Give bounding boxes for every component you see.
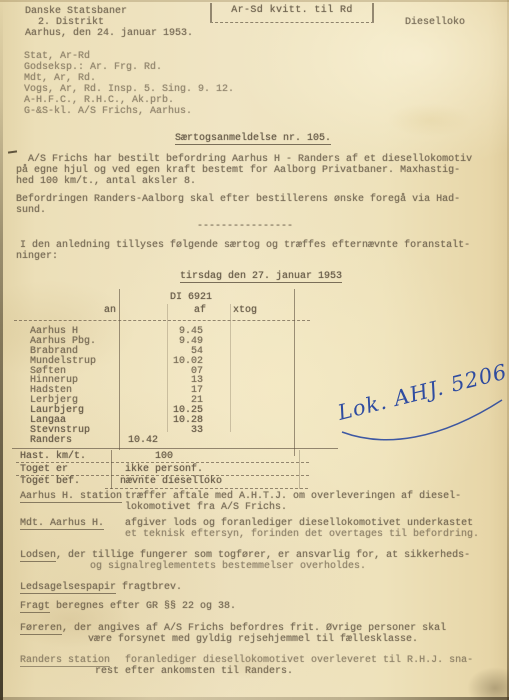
body-line: I den anledning tillyses følgende særtog… [20,241,470,251]
note-label: Aarhus H. station [20,491,122,503]
document-type-label: Dieselloko [405,18,465,28]
signature-text: Lok. AHJ. 5206 [334,360,508,425]
note-label: Lodsen [20,550,56,562]
table-footer-row: Hast. km/t.100 [0,452,350,462]
pencil-tick-mark [8,150,17,153]
body-line: på egne hjul og ved egen kraft bestemt f… [16,166,460,176]
recipient-line: Stat, Ar-Rd [24,52,90,62]
railway-name: Danske Statsbaner [25,7,127,17]
note-text: , der angives af A/S Frichs befordres fr… [62,623,446,634]
note-text: være forsynet med gyldig rejsehjemmel ti… [88,635,418,645]
note-label: Ledsagelsespapir [20,582,116,594]
note-text: fragtbrev. [116,582,182,593]
divider: ---------------- [197,222,293,232]
column-header-xtog: xtog [233,306,257,316]
train-date-heading: tirsdag den 27. januar 1953 [180,272,342,282]
receipt-stamp-text: Ar-Sd kvitt. til Rd [231,5,353,16]
note: Føreren, der angives af A/S Frichs befor… [20,624,446,634]
recipient-line: A-H.F.C., R.H.C., Ak.prb. [24,96,174,106]
note: Mdt. Aarhus H.afgiver lods og foranledig… [20,519,473,529]
column-header-an: an [104,306,116,316]
note: Lodsen, der tillige fungerer som togføre… [20,551,470,561]
note-text: lokomotivet fra A/S Frichs. [125,503,287,513]
receipt-stamp-box: Ar-Sd kvitt. til Rd [210,3,374,23]
scan-edge-left [0,0,3,700]
note-text: rest efter ankomsten til Randers. [95,667,293,677]
note-text: træffer aftale med A.H.T.J. om overlever… [125,491,461,502]
signature-handwritten: Lok. AHJ. 5206 [330,360,508,452]
recipient-line: Mdt, Ar, Rd. [24,74,96,84]
place-date-line: Aarhus, den 24. januar 1953. [25,29,193,39]
recipient-line: Godseksp.: Ar. Frg. Rd. [24,63,162,73]
note: Ledsagelsespapir fragtbrev. [20,583,182,593]
document-title: Særtogsanmeldelse nr. 105. [175,134,331,144]
note-text: foranlediger diesellokomotivet overlever… [125,655,473,666]
note-text: et teknisk eftersyn, forinden det overta… [125,530,479,540]
recipient-line: Vogs, Ar, Rd. Insp. 5. Sing. 9. 12. [24,85,234,95]
table-footer-row: Toget erikke personf. [0,465,350,475]
note-text: , der tillige fungerer som togfører, er … [56,550,470,561]
column-header-af: af [194,306,206,316]
body-line: ninger: [16,252,58,262]
body-line: Befordringen Randers-Aalborg skal efter … [16,195,460,205]
note-text: afgiver lods og foranlediger diesellokom… [125,518,473,529]
body-line: A/S Frichs har bestilt befordring Aarhus… [28,155,472,165]
note: Randers stationforanlediger diesellokomo… [20,656,473,666]
district-line: 2. Distrikt [38,18,104,28]
train-number: DI 6921 [170,293,212,303]
body-line: sund. [16,206,46,216]
note: Fragt beregnes efter GR §§ 22 og 38. [20,602,236,612]
note: Aarhus H. stationtræffer aftale med A.H.… [20,492,461,502]
note-text: beregnes efter GR §§ 22 og 38. [50,601,236,612]
note-label: Føreren [20,623,62,635]
note-label: Fragt [20,601,50,613]
table-footer-row: Toget bef.nævnte dieselloko [0,477,350,487]
table-row: Randers10.42 [0,436,350,446]
scanned-document: Danske Statsbaner 2. Distrikt Aarhus, de… [0,0,509,700]
recipient-line: G-&S-kl. A/S Frichs, Aarhus. [24,107,192,117]
note-text: og signalreglementets bestemmelser overh… [90,562,366,572]
note-label: Mdt. Aarhus H. [20,518,104,530]
body-line: hed 100 km/t., antal aksler 8. [16,177,196,187]
scan-edge-top [0,0,509,2]
